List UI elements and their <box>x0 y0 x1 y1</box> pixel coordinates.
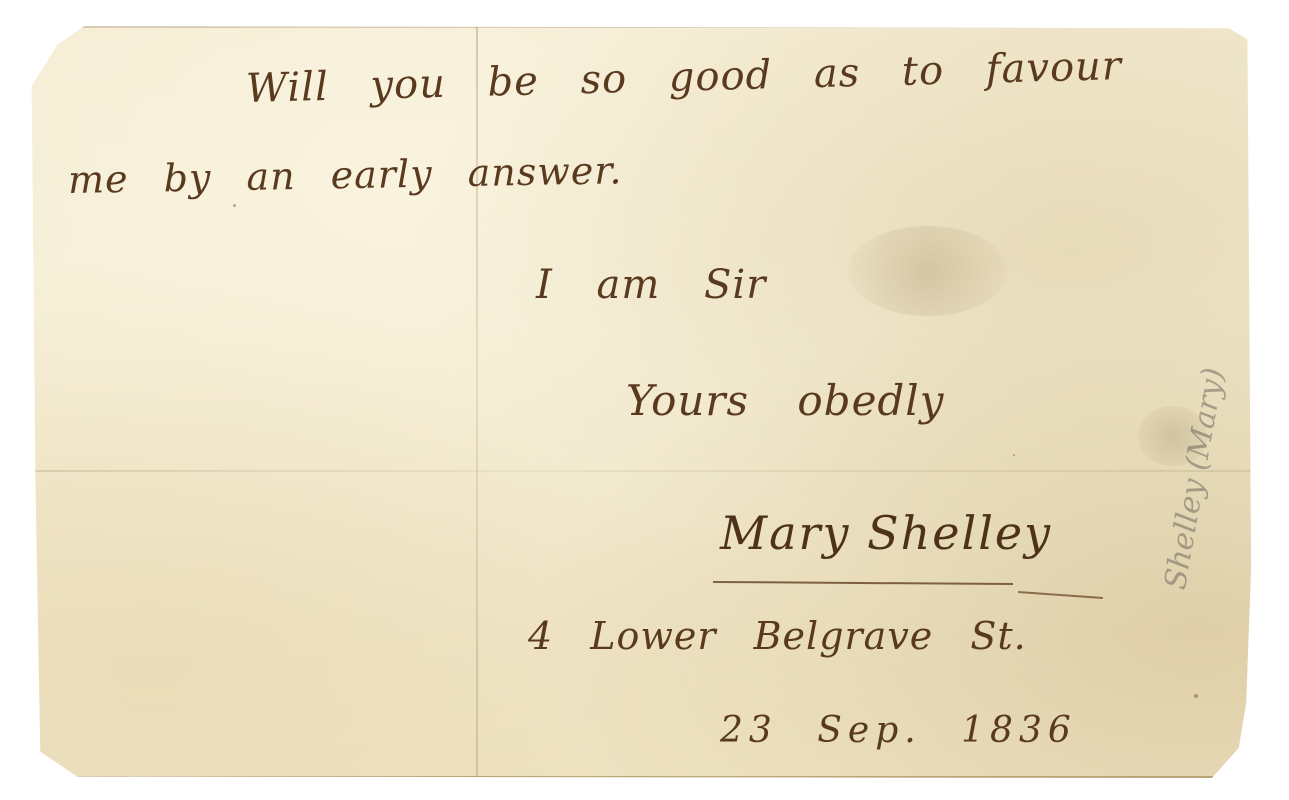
closing-valediction: Yours obedly <box>626 376 944 425</box>
letter-date: 23 Sep. 1836 <box>720 710 1077 751</box>
paper-speck <box>1194 694 1198 698</box>
ink-flourish <box>1018 591 1103 598</box>
paper-speck <box>233 204 236 207</box>
letter-line-2: me by an early answer. <box>68 148 623 202</box>
closing-salutation: I am Sir <box>536 262 766 308</box>
signature: Mary Shelley <box>720 506 1052 560</box>
pencil-annotation: Shelley (Mary) <box>1158 365 1231 592</box>
horizontal-fold-line <box>28 470 1256 472</box>
letter-line-1: Will you be so good as to favour <box>245 43 1122 112</box>
signature-underline <box>713 581 1013 585</box>
letter-paper: Will you be so good as to favour me by a… <box>28 26 1256 778</box>
paper-speck <box>1013 454 1015 456</box>
document-scan: Will you be so good as to favour me by a… <box>0 0 1289 800</box>
paper-stain <box>848 226 1008 316</box>
sender-address: 4 Lower Belgrave St. <box>528 614 1027 658</box>
vertical-fold-line <box>476 26 478 778</box>
